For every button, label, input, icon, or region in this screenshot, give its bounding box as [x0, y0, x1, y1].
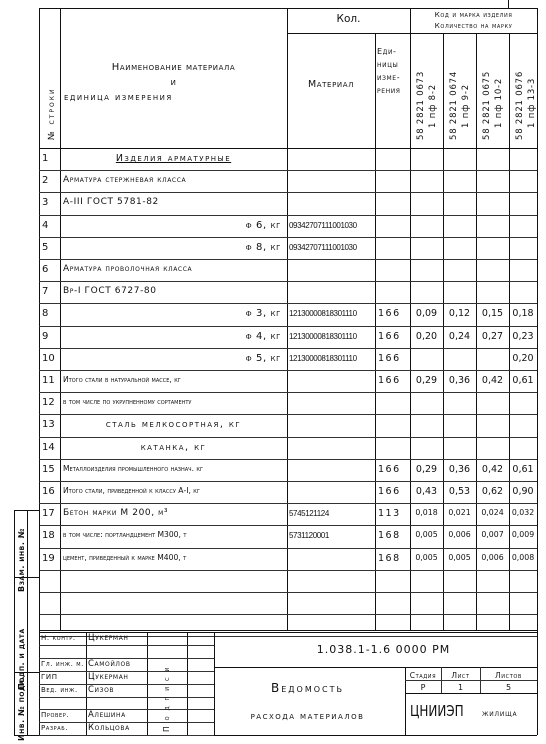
header-name-line2: и [60, 78, 287, 88]
table-row: 12в том числе по укрупненному сортаменту [0, 392, 546, 414]
signer-name: Кольцова [88, 724, 130, 733]
signer-name: Самойлов [88, 660, 131, 669]
quantity-cell: 0,006 [443, 531, 476, 539]
table-row: 17Бетон марки М 200, м³57451211241130,01… [0, 503, 546, 525]
signatures-label: Подписи [162, 662, 171, 732]
row-number: 11 [42, 376, 55, 386]
table-row: 14катанка, кг [0, 437, 546, 459]
grid-line [14, 577, 39, 578]
header-unit-line: ницы [377, 61, 398, 69]
quantity-cell: 0,23 [509, 332, 537, 342]
sheet-value: 1 [441, 684, 480, 692]
row-number: 5 [42, 243, 48, 253]
row-number: 18 [42, 531, 55, 541]
quantity-cell: 0,09 [410, 309, 443, 319]
grid-line [39, 697, 214, 698]
material-name: ф 5, кг [60, 354, 281, 364]
quantity-cell: 0,007 [476, 531, 509, 539]
unit-code: 166 [378, 354, 401, 364]
unit-code: 166 [378, 487, 401, 497]
row-number: 16 [42, 487, 55, 497]
quantity-cell: 0,008 [509, 554, 537, 562]
quantity-cell: 0,24 [443, 332, 476, 342]
row-number: 1 [42, 154, 48, 164]
material-name: Арматура проволочная класса [63, 265, 192, 274]
sheets-label: Листов [480, 672, 537, 680]
quantity-cell: 0,15 [476, 309, 509, 319]
doc-title-line1: Ведомость [210, 682, 405, 694]
grid-line [287, 33, 537, 34]
stage-value: Р [405, 684, 441, 692]
row-number: 2 [42, 176, 48, 186]
table-row: 18в том числе: портландцемент М300, т573… [0, 525, 546, 547]
material-name: Металлоизделия промышленного назнач. кг [63, 465, 203, 473]
material-name: в том числе: портландцемент М300, т [63, 531, 186, 539]
grid-line [39, 645, 214, 646]
header-code-group-line2: Количество на марку [410, 22, 537, 29]
quantity-cell: 0,29 [410, 376, 443, 386]
signer-role: Разраб. [41, 725, 68, 732]
grid-line [27, 510, 28, 735]
sheet-label: Лист [441, 672, 480, 680]
quantity-cell: 0,006 [476, 554, 509, 562]
grid-line [508, 0, 509, 8]
quantity-cell: 0,18 [509, 309, 537, 319]
signer-name: Сизов [88, 686, 114, 695]
material-name: ф 3, кг [60, 309, 281, 319]
grid-line [39, 735, 214, 736]
row-number: 3 [42, 198, 48, 208]
quantity-cell: 0,032 [509, 509, 537, 517]
header-name-line1: Наименование материала [60, 63, 287, 73]
header-name-line3: единица измерения [64, 93, 173, 103]
material-name: ф 4, кг [60, 332, 281, 342]
material-name: ф 6, кг [60, 221, 281, 231]
material-name: Изделия арматурные [60, 154, 287, 164]
material-name: цемент, приведенный к марке М400, т [63, 554, 186, 562]
row-number: 13 [42, 420, 55, 430]
table-row [0, 570, 546, 592]
quantity-cell: 0,021 [443, 509, 476, 517]
product-code: 58 2821 0676 [515, 71, 525, 140]
table-row: 16Итого стали, приведенной к классу А-I,… [0, 481, 546, 503]
signer-role: Н. контр. [41, 635, 76, 642]
row-number: 19 [42, 554, 55, 564]
quantity-cell: 0,90 [509, 487, 537, 497]
product-mark: 1 пф 13-3 [527, 78, 537, 128]
signer-name: Цукерман [88, 634, 129, 643]
quantity-cell: 0,005 [410, 531, 443, 539]
material-name: А-III ГОСТ 5781-82 [63, 198, 159, 207]
material-name: катанка, кг [60, 443, 287, 453]
grid-line [14, 510, 39, 511]
material-name: Бетон марки М 200, м³ [63, 509, 168, 518]
sheets-value: 5 [480, 684, 537, 692]
material-name: Итого стали в натуральной массе, кг [63, 376, 181, 384]
row-number: 12 [42, 398, 55, 408]
unit-code: 166 [378, 309, 401, 319]
material-code: 5731120001 [289, 532, 329, 540]
header-row-number: № строки [47, 88, 57, 141]
material-code: 12130000818301110 [289, 333, 357, 341]
grid-line [405, 693, 537, 694]
stage-label: Стадия [405, 672, 441, 680]
table-row: 19цемент, приведенный к марке М400, т168… [0, 548, 546, 570]
doc-title-line2: расхода материалов [210, 712, 405, 722]
row-number: 7 [42, 287, 48, 297]
unit-code: 113 [378, 509, 401, 519]
table-row: 6Арматура проволочная класса [0, 259, 546, 281]
grid-line [39, 684, 214, 685]
material-name: сталь мелкосортная, кг [60, 420, 287, 430]
quantity-cell: 0,024 [476, 509, 509, 517]
header-material: Материал [287, 80, 375, 90]
material-name: в том числе по укрупненному сортаменту [63, 398, 191, 406]
product-code: 58 2821 0673 [416, 71, 426, 140]
table-row: 5ф 8, кг09342707111001030 [0, 237, 546, 259]
quantity-cell: 0,005 [410, 554, 443, 562]
table-row: 10ф 5, кг121300008183011101660,20 [0, 348, 546, 370]
quantity-cell: 0,005 [443, 554, 476, 562]
table-row: 8ф 3, кг121300008183011101660,090,120,15… [0, 303, 546, 325]
grid-line [39, 709, 214, 710]
row-number: 4 [42, 221, 48, 231]
table-row [0, 592, 546, 614]
product-mark: 1 пф 10-2 [494, 78, 504, 128]
unit-code: 168 [378, 554, 401, 564]
grid-line [39, 8, 537, 9]
table-row: 7Вр-I ГОСТ 6727-80 [0, 281, 546, 303]
grid-line [214, 667, 537, 668]
header-unit-line: рения [377, 87, 401, 95]
org-subtitle: жилища [482, 710, 517, 719]
material-name: ф 8, кг [60, 243, 281, 253]
header-qty-group: Кол. [287, 14, 410, 25]
side-label-vzam: Взам. инв. № [17, 528, 26, 592]
unit-code: 166 [378, 332, 401, 342]
grid-line [39, 630, 537, 631]
table-row [0, 614, 546, 636]
table-row: 2Арматура стержневая класса [0, 170, 546, 192]
table-row: 9ф 4, кг121300008183011101660,200,240,27… [0, 326, 546, 348]
product-code: 58 2821 0675 [482, 71, 492, 140]
material-name: Итого стали, приведенной к классу А-I, к… [63, 487, 200, 495]
material-name: Арматура стержневая класса [63, 176, 186, 185]
signer-role: ГИП [41, 674, 58, 681]
grid-line [14, 735, 39, 736]
quantity-cell: 0,36 [443, 465, 476, 475]
grid-line [14, 510, 15, 735]
table-row: 3А-III ГОСТ 5781-82 [0, 192, 546, 214]
unit-code: 168 [378, 531, 401, 541]
quantity-cell: 0,27 [476, 332, 509, 342]
product-mark: 1 пф 8-2 [428, 84, 438, 128]
row-number: 9 [42, 332, 48, 342]
quantity-cell: 0,43 [410, 487, 443, 497]
table-row: 13сталь мелкосортная, кг [0, 414, 546, 436]
quantity-cell: 0,42 [476, 465, 509, 475]
quantity-cell: 0,20 [509, 354, 537, 364]
signer-name: Цукерман [88, 673, 129, 682]
row-number: 10 [42, 354, 55, 364]
grid-line [14, 672, 39, 673]
header-unit-line: изме- [377, 74, 400, 82]
quantity-cell: 0,62 [476, 487, 509, 497]
doc-code: 1.038.1-1.6 0000 РМ [230, 644, 537, 655]
grid-line [405, 680, 537, 681]
row-number: 15 [42, 465, 55, 475]
quantity-cell: 0,61 [509, 376, 537, 386]
quantity-cell: 0,36 [443, 376, 476, 386]
table-row: 4ф 6, кг09342707111001030 [0, 215, 546, 237]
quantity-cell: 0,12 [443, 309, 476, 319]
header-unit-line: Еди- [377, 48, 397, 56]
table-row: 11Итого стали в натуральной массе, кг166… [0, 370, 546, 392]
quantity-cell: 0,018 [410, 509, 443, 517]
quantity-cell: 0,53 [443, 487, 476, 497]
table-row: 15Металлоизделия промышленного назнач. к… [0, 459, 546, 481]
material-code: 09342707111001030 [289, 222, 357, 230]
unit-code: 166 [378, 376, 401, 386]
quantity-cell: 0,61 [509, 465, 537, 475]
row-number: 17 [42, 509, 55, 519]
side-label-inv: Инв. № подл. [17, 676, 26, 741]
material-code: 5745121124 [289, 510, 329, 518]
quantity-cell: 0,29 [410, 465, 443, 475]
header-code-group-line1: Код и марка изделия [410, 11, 537, 18]
material-code: 09342707111001030 [289, 244, 357, 252]
material-name: Вр-I ГОСТ 6727-80 [63, 287, 157, 296]
quantity-cell: 0,42 [476, 376, 509, 386]
material-code: 12130000818301110 [289, 310, 357, 318]
unit-code: 166 [378, 465, 401, 475]
signer-role: Провер. [41, 712, 69, 719]
quantity-cell: 0,009 [509, 531, 537, 539]
product-code: 58 2821 0674 [449, 71, 459, 140]
product-mark: 1 пф 9-2 [461, 84, 471, 128]
org-logo-text: ЦНИИЭП [410, 704, 464, 719]
row-number: 14 [42, 443, 55, 453]
signer-role: Гл. инж. м. [41, 661, 84, 668]
table-row: 1Изделия арматурные [0, 148, 546, 170]
signer-name: Алешина [88, 711, 126, 720]
row-number: 8 [42, 309, 48, 319]
row-number: 6 [42, 265, 48, 275]
material-code: 12130000818301110 [289, 355, 357, 363]
signer-role: Вед. инж. [41, 687, 78, 694]
quantity-cell: 0,20 [410, 332, 443, 342]
